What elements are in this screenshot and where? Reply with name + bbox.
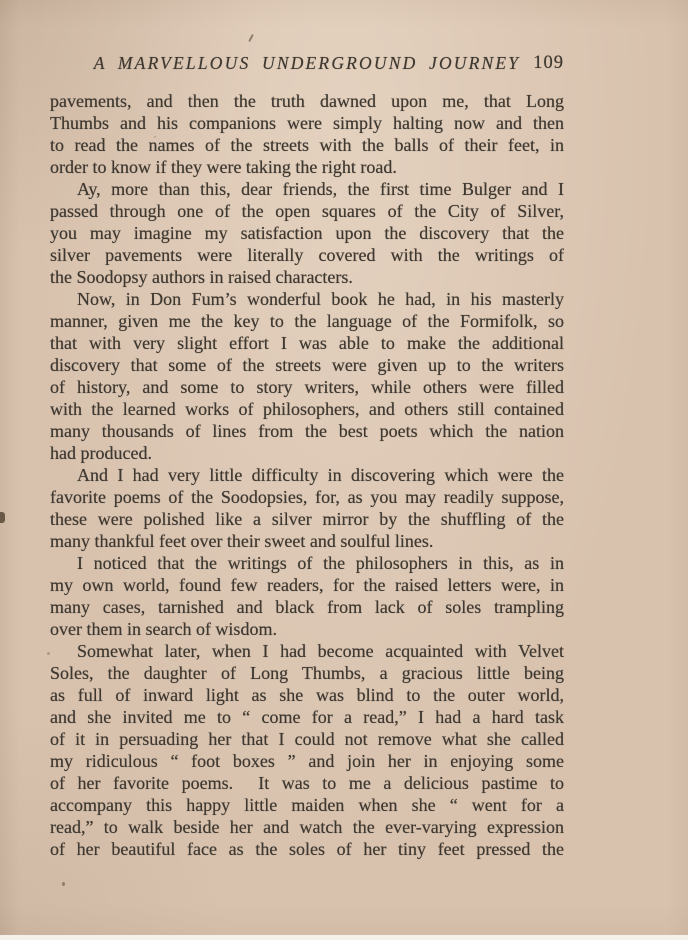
text-line: manner, given me the key to the language… xyxy=(50,310,564,332)
text-line: over them in search of wisdom. xyxy=(50,618,564,640)
paragraph: pavements, and then the truth dawned upo… xyxy=(50,90,564,178)
paragraph: Now, in Don Fum’s wonderful book he had,… xyxy=(50,288,564,464)
text-line: many thankful feet over their sweet and … xyxy=(50,530,564,552)
text-line: order to know if they were taking the ri… xyxy=(50,156,564,178)
page-number: 109 xyxy=(533,53,564,74)
paragraph: Ay, more than this, dear friends, the fi… xyxy=(50,178,564,288)
text-line: Thumbs and his companions were simply ha… xyxy=(50,112,564,134)
text-line: that with very slight effort I was able … xyxy=(50,332,564,354)
text-line: many thousands of lines from the best po… xyxy=(50,420,564,442)
ink-speck xyxy=(154,136,156,138)
text-line: discovery that some of the streets were … xyxy=(50,354,564,376)
text-line: had produced. xyxy=(50,442,564,464)
text-line: accompany this happy little maiden when … xyxy=(50,794,564,816)
text-line: Now, in Don Fum’s wonderful book he had,… xyxy=(50,288,564,310)
paragraph: I noticed that the writings of the philo… xyxy=(50,552,564,640)
text-line: Soles, the daughter of Long Thumbs, a gr… xyxy=(50,662,564,684)
text-line: silver pavements were literally covered … xyxy=(50,244,564,266)
book-page: A MARVELLOUS UNDERGROUND JOURNEY 109 pav… xyxy=(0,0,688,940)
text-line: pavements, and then the truth dawned upo… xyxy=(50,90,564,112)
page-text: pavements, and then the truth dawned upo… xyxy=(50,90,564,860)
text-line: passed through one of the open squares o… xyxy=(50,200,564,222)
text-line: And I had very little difficulty in disc… xyxy=(50,464,564,486)
text-line: the Soodopsy authors in raised character… xyxy=(50,266,564,288)
scan-edge-strip xyxy=(0,935,688,940)
text-line: Somewhat later, when I had become acquai… xyxy=(50,640,564,662)
text-line: these were polished like a silver mirror… xyxy=(50,508,564,530)
ink-speck xyxy=(0,512,5,523)
ink-speck xyxy=(248,34,254,42)
ink-speck xyxy=(47,652,50,655)
running-head: A MARVELLOUS UNDERGROUND JOURNEY 109 xyxy=(50,53,564,77)
ink-speck xyxy=(62,882,65,886)
text-line: you may imagine my satisfaction upon the… xyxy=(50,222,564,244)
text-line: read,” to walk beside her and watch the … xyxy=(50,816,564,838)
text-line: my own world, found few readers, for the… xyxy=(50,574,564,596)
text-line: many cases, tarnished and black from lac… xyxy=(50,596,564,618)
text-line: favorite poems of the Soodopsies, for, a… xyxy=(50,486,564,508)
text-line: my ridiculous “ foot boxes ” and join he… xyxy=(50,750,564,772)
text-line: of history, and some to story writers, w… xyxy=(50,376,564,398)
text-line: I noticed that the writings of the philo… xyxy=(50,552,564,574)
chapter-running-title: A MARVELLOUS UNDERGROUND JOURNEY xyxy=(50,53,564,74)
paragraph: And I had very little difficulty in disc… xyxy=(50,464,564,552)
text-line: with the learned works of philosophers, … xyxy=(50,398,564,420)
text-line: of it in persuading her that I could not… xyxy=(50,728,564,750)
text-line: to read the names of the streets with th… xyxy=(50,134,564,156)
text-line: and she invited me to “ come for a read,… xyxy=(50,706,564,728)
text-line: Ay, more than this, dear friends, the fi… xyxy=(50,178,564,200)
text-line: of her favorite poems. It was to me a de… xyxy=(50,772,564,794)
text-line: of her beautiful face as the soles of he… xyxy=(50,838,564,860)
text-line: as full of inward light as she was blind… xyxy=(50,684,564,706)
paragraph: Somewhat later, when I had become acquai… xyxy=(50,640,564,860)
